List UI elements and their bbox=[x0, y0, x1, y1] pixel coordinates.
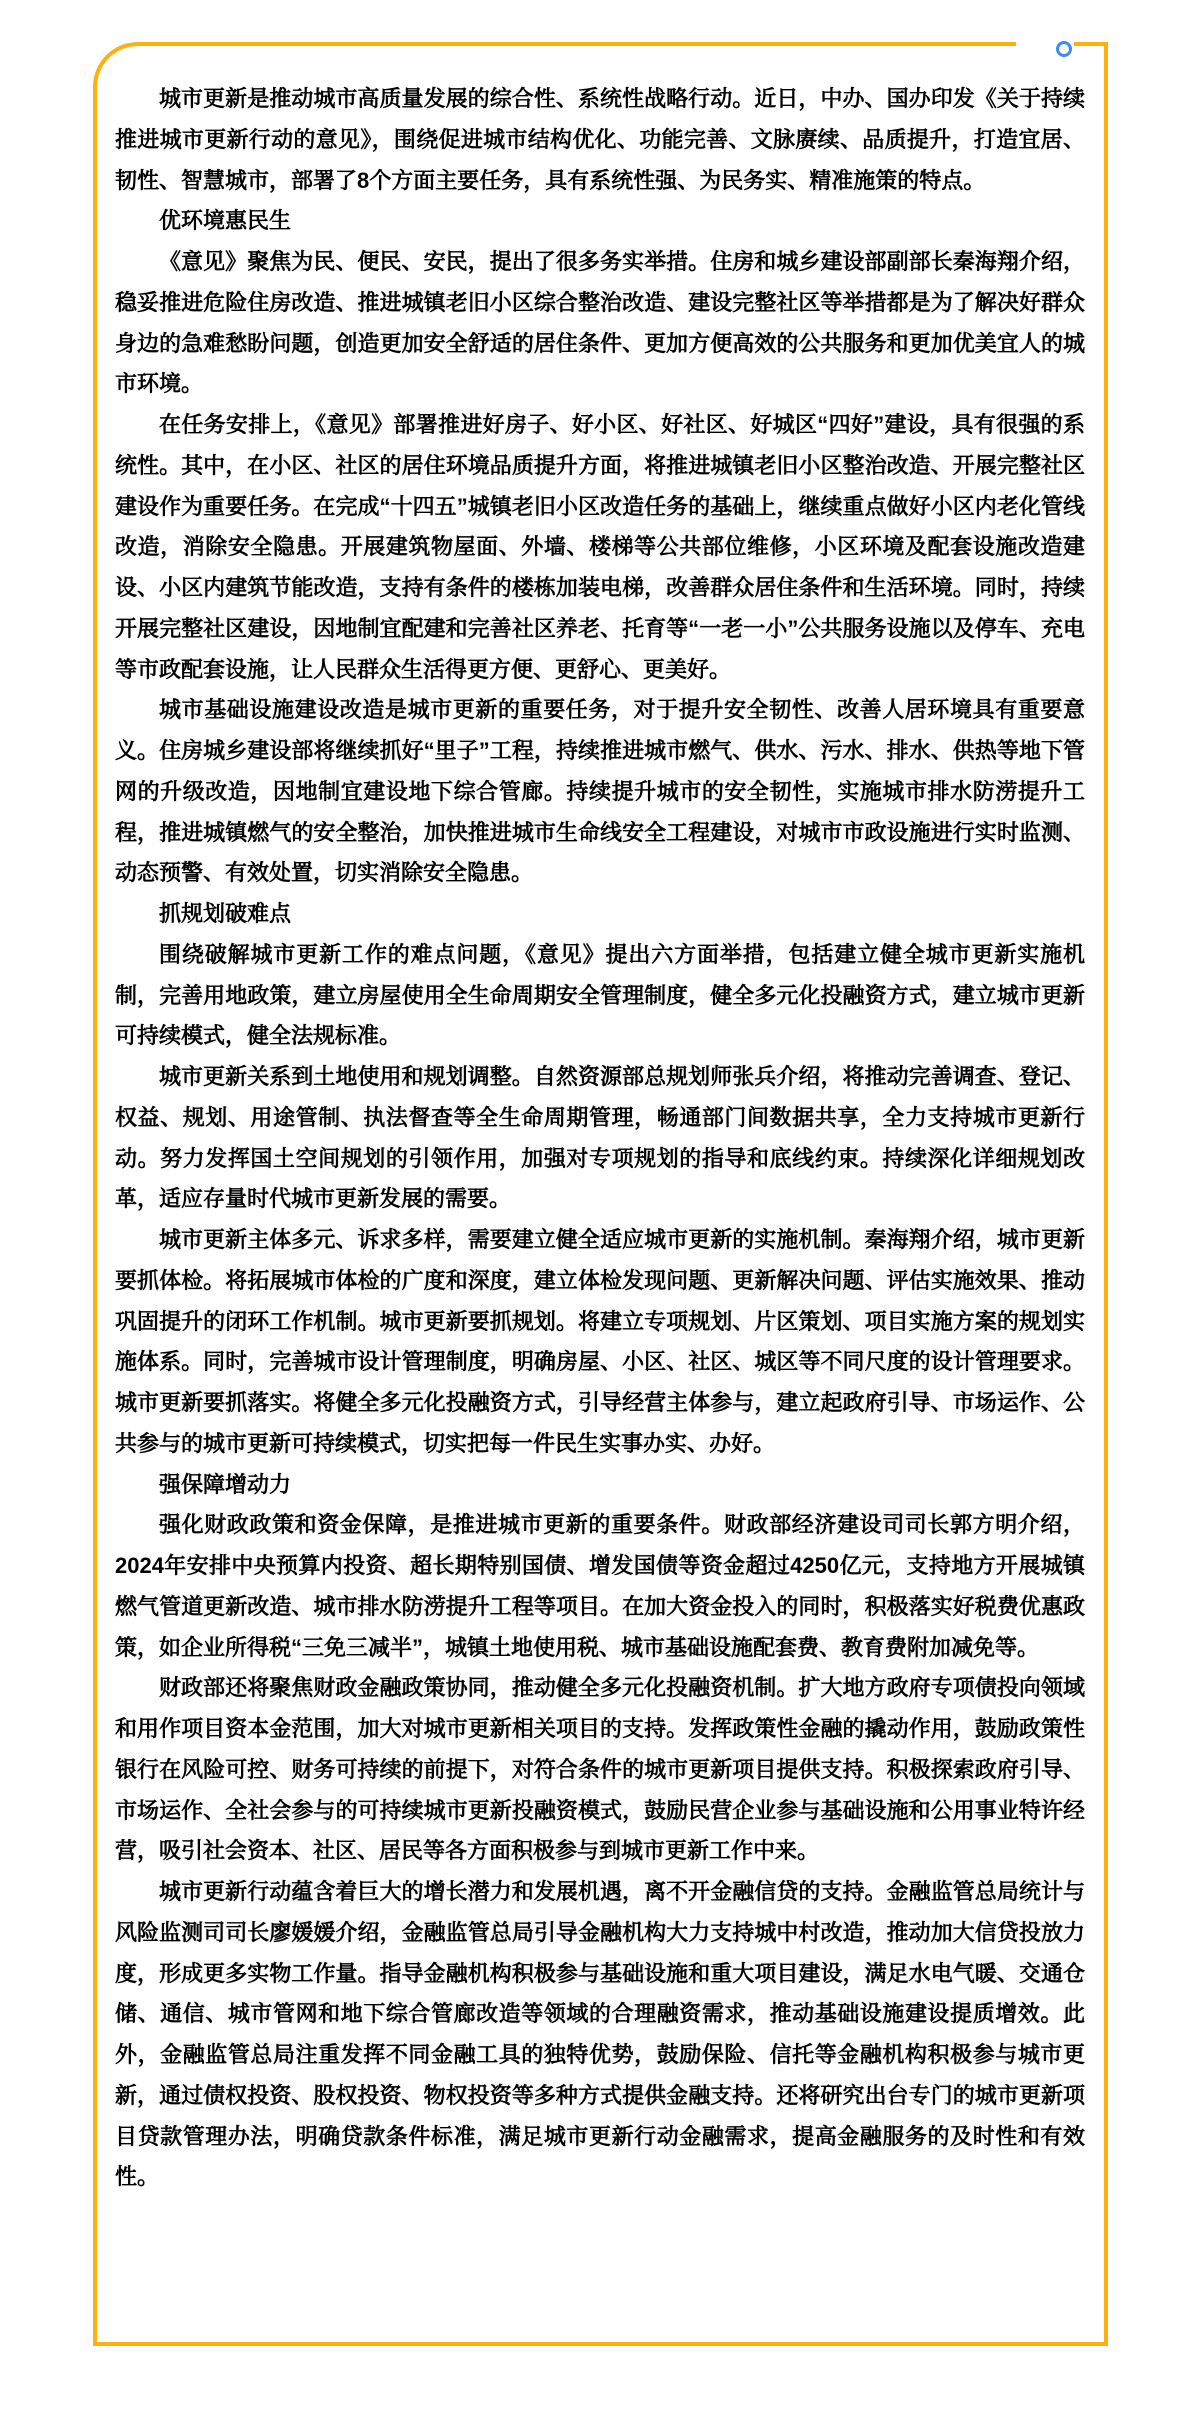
article-paragraph: 强化财政政策和资金保障，是推进城市更新的重要条件。财政部经济建设司司长郭方明介绍… bbox=[115, 1505, 1085, 1668]
article-paragraph: 城市更新关系到土地使用和规划调整。自然资源部总规划师张兵介绍，将推动完善调查、登… bbox=[115, 1057, 1085, 1220]
article-paragraph: 城市更新是推动城市高质量发展的综合性、系统性战略行动。近日，中办、国办印发《关于… bbox=[115, 79, 1085, 201]
circle-handle-icon bbox=[1056, 41, 1072, 57]
section-heading: 抓规划破难点 bbox=[115, 894, 1085, 935]
article-paragraph: 财政部还将聚焦财政金融政策协同，推动健全多元化投融资机制。扩大地方政府专项债投向… bbox=[115, 1668, 1085, 1872]
article-paragraph: 围绕破解城市更新工作的难点问题，《意见》提出六方面举措，包括建立健全城市更新实施… bbox=[115, 935, 1085, 1057]
article-paragraph: 《意见》聚焦为民、便民、安民，提出了很多务实举措。住房和城乡建设部副部长秦海翔介… bbox=[115, 242, 1085, 405]
section-heading: 优环境惠民生 bbox=[115, 201, 1085, 242]
article-paragraph: 城市基础设施建设改造是城市更新的重要任务，对于提升安全韧性、改善人居环境具有重要… bbox=[115, 690, 1085, 894]
article-paragraph: 在任务安排上，《意见》部署推进好房子、好小区、好社区、好城区“四好”建设，具有很… bbox=[115, 405, 1085, 690]
article-paragraph: 城市更新主体多元、诉求多样，需要建立健全适应城市更新的实施机制。秦海翔介绍，城市… bbox=[115, 1220, 1085, 1465]
article-body: 城市更新是推动城市高质量发展的综合性、系统性战略行动。近日，中办、国办印发《关于… bbox=[115, 79, 1085, 2198]
article-paragraph: 城市更新行动蕴含着巨大的增长潜力和发展机遇，离不开金融信贷的支持。金融监管总局统… bbox=[115, 1872, 1085, 2198]
article-page: 城市更新是推动城市高质量发展的综合性、系统性战略行动。近日，中办、国办印发《关于… bbox=[0, 0, 1200, 2420]
section-heading: 强保障增动力 bbox=[115, 1465, 1085, 1506]
